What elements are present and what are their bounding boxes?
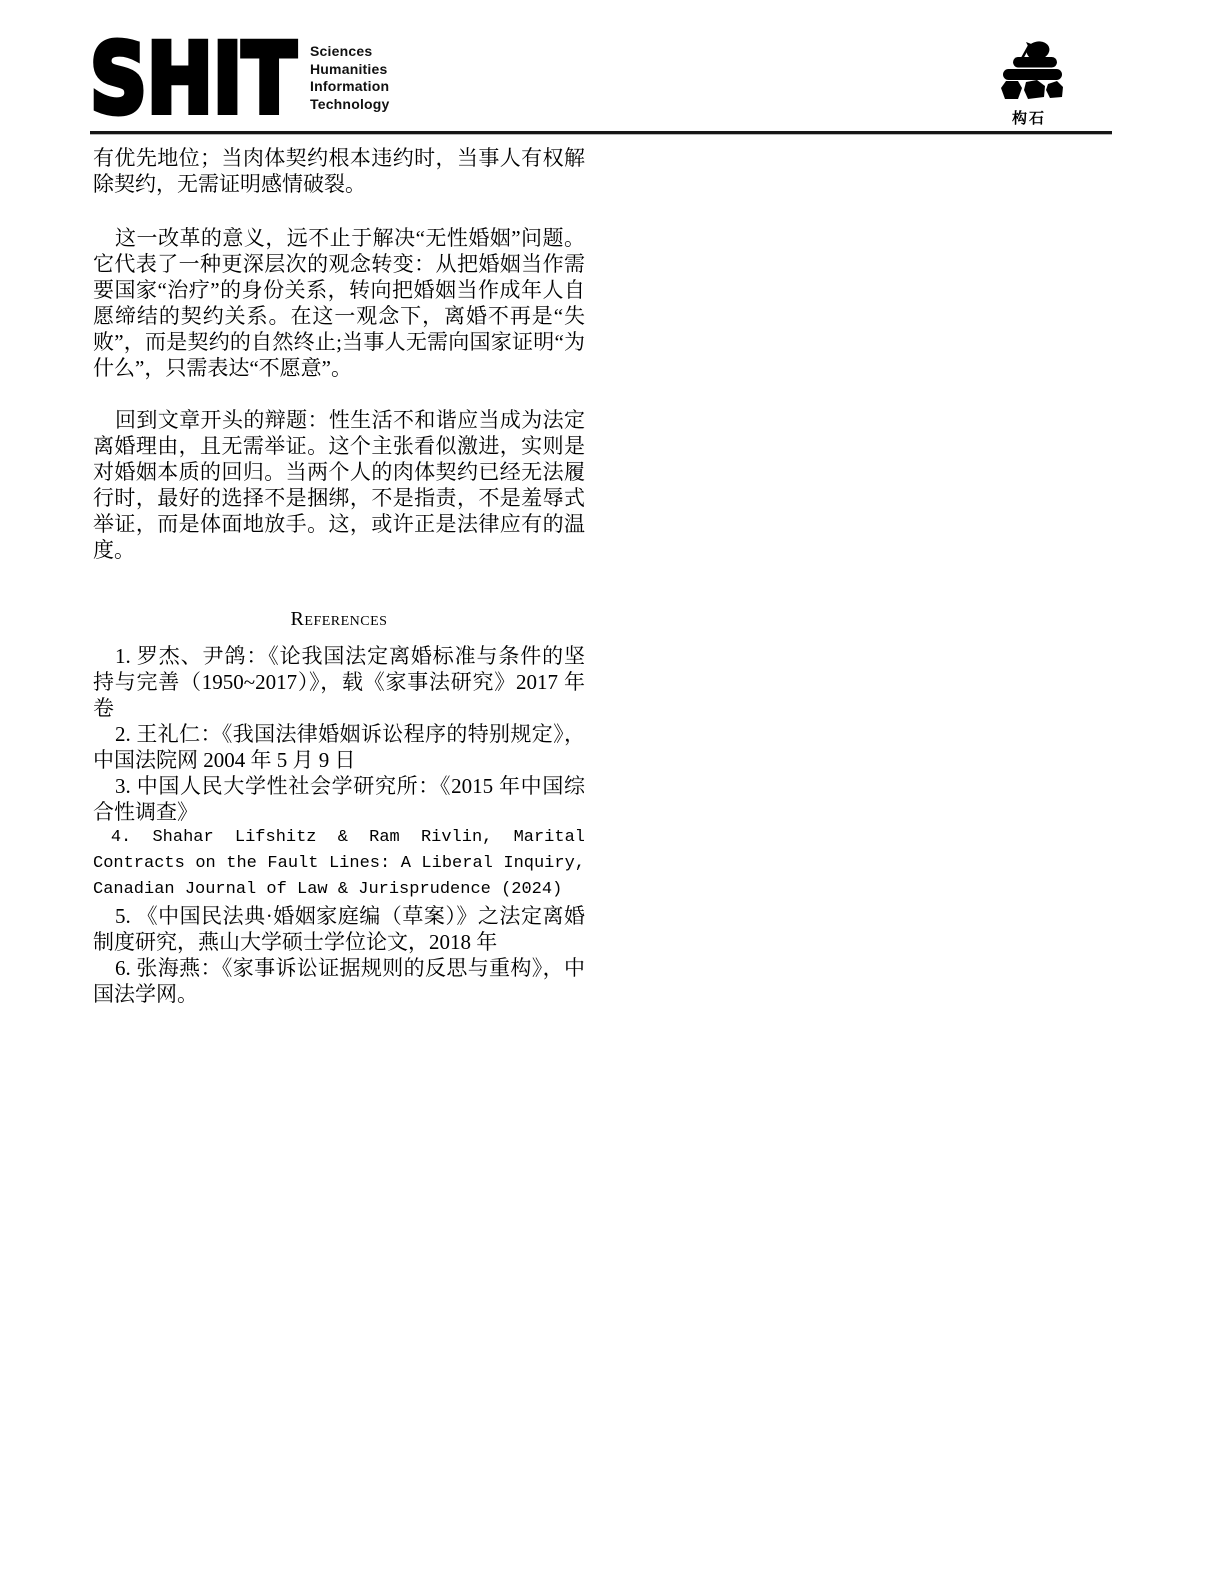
article-column: 有优先地位；当肉体契约根本违约时，当事人有权解除契约，无需证明感情破裂。 这一改… [93, 138, 585, 1007]
header-divider [90, 131, 1112, 134]
journal-subtitle-line: Humanities [310, 61, 390, 79]
journal-subtitle-line: Technology [310, 96, 390, 114]
reference-item: 2. 王礼仁：《我国法律婚姻诉讼程序的特别规定》，中国法院网 2004 年 5 … [93, 721, 585, 773]
paragraph: 回到文章开头的辩题：性生活不和谐应当成为法定离婚理由，且无需举证。这个主张看似激… [93, 407, 585, 563]
journal-subtitle-line: Sciences [310, 43, 390, 61]
references-list: 1. 罗杰、尹鸽：《论我国法定离婚标准与条件的坚持与完善（1950~2017）》… [93, 643, 585, 1007]
journal-subtitle-line: Information [310, 78, 390, 96]
document-page: SHIT Sciences Humanities Information Tec… [0, 0, 1224, 1584]
reference-item: 3. 中国人民大学性社会学研究所：《2015 年中国综合性调查》 [93, 773, 585, 825]
rock-cairn-icon [993, 40, 1065, 104]
reference-item: 1. 罗杰、尹鸽：《论我国法定离婚标准与条件的坚持与完善（1950~2017）》… [93, 643, 585, 721]
paragraph: 有优先地位；当肉体契约根本违约时，当事人有权解除契约，无需证明感情破裂。 [93, 145, 585, 197]
journal-subtitle: Sciences Humanities Information Technolo… [310, 43, 390, 113]
journal-logotype: SHIT [88, 34, 306, 120]
journal-logotype-text: SHIT [90, 34, 296, 120]
reference-item: 5. 《中国民法典·婚姻家庭编（草案）》之法定离婚制度研究，燕山大学硕士学位论文… [93, 903, 585, 955]
org-name: 构石 [991, 110, 1067, 128]
reference-item: 4. Shahar Lifshitz & Ram Rivlin, Marital… [93, 825, 585, 903]
paragraph: 这一改革的意义，远不止于解决“无性婚姻”问题。它代表了一种更深层次的观念转变：从… [93, 225, 585, 381]
reference-item: 6. 张海燕：《家事诉讼证据规则的反思与重构》，中国法学网。 [93, 955, 585, 1007]
org-logo: 构石 [991, 40, 1067, 128]
references-heading: References [93, 606, 585, 632]
